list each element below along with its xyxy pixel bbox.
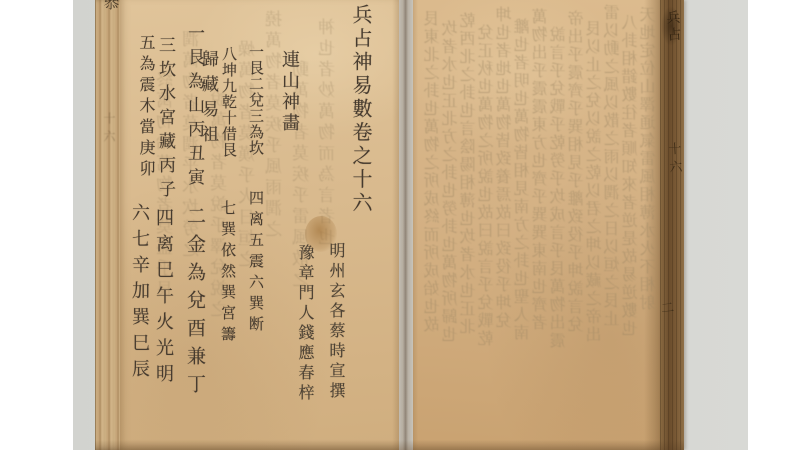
manuscript-photo: 叅 十六 神也者妙萬物而為言者也 動萬物者莫疾乎雷風散之 撓萬物者莫疾乎風雨潤之… <box>0 0 800 450</box>
verse-column: 六七辛加巽巳辰 <box>126 203 152 385</box>
book-bottom-shadow <box>95 440 684 450</box>
paper-stain <box>305 216 337 252</box>
fore-edge-volume-label: 十六 <box>663 142 684 179</box>
verse-column: 八坤九乾十借艮 <box>219 46 240 158</box>
verse-column: 七巽依然巽宮籌 <box>218 200 239 347</box>
section-heading-column: 連山神畵 <box>276 50 302 134</box>
bleedthrough-column: 艮東北之卦也萬物之所成終而所成始也故 <box>421 10 444 334</box>
fore-edge-title-label: 兵占 <box>662 9 684 44</box>
left-fore-edge-volume-mark: 十六 <box>101 112 118 148</box>
verse-column: 一艮為山丙丑寅 <box>182 24 207 192</box>
verse-column: 五為震木當庚卯 <box>135 34 158 181</box>
verse-column: 二金為兌酉兼丁 <box>182 206 209 402</box>
verse-column: 一艮二兌三為坎 <box>246 44 267 156</box>
volume-title-column: 兵占神易數卷之十六 <box>347 4 376 216</box>
left-fore-edge-label: 叅 <box>99 0 122 10</box>
right-fore-edge <box>660 0 684 450</box>
verse-column: 四离五震六巽断 <box>246 190 267 337</box>
left-page: 神也者妙萬物而為言者也 動萬物者莫疾乎雷風散之 撓萬物者莫疾乎風雨潤之 燥萬物者… <box>120 0 399 450</box>
book-gutter-fold <box>392 0 418 450</box>
verse-column: 四离巳午火光明 <box>150 208 176 390</box>
leaf-number: 二 <box>655 300 675 315</box>
bleedthrough-column: 神也者妙萬物而為言者也 <box>316 18 341 249</box>
byline-printer-column: 豫章門人錢應春梓 <box>294 244 317 404</box>
byline-author-column: 明州玄各蔡時宣撰 <box>325 242 348 402</box>
right-page: 天地定位山澤通氣雷風相薄水火不相射 八卦相錯數往者順知來者逆是故易逆數也 雷以動… <box>413 0 660 450</box>
